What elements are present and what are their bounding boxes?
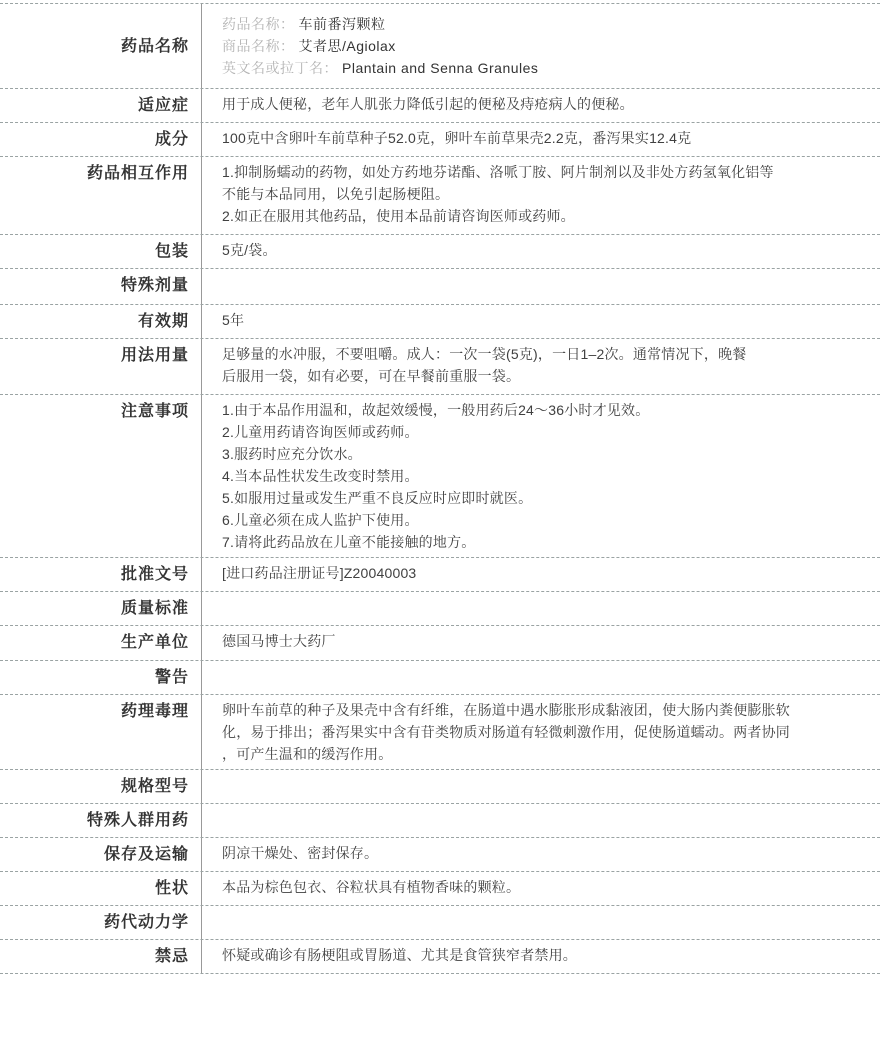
row-label-cell: 用法用量	[0, 339, 202, 394]
row-label: 包装	[155, 241, 189, 262]
table-row-drug-interactions: 药品相互作用 1.抑制肠蠕动的药物，如处方药地芬诺酯、洛哌丁胺、阿片制剂以及非处…	[0, 157, 880, 235]
table-row-drug-name: 药品名称 药品名称：车前番泻颗粒 商品名称：艾者思/Agiolax 英文名或拉丁…	[0, 4, 880, 89]
row-label: 用法用量	[121, 345, 189, 366]
trade-name-line: 商品名称：艾者思/Agiolax	[222, 35, 800, 57]
row-value	[202, 906, 880, 939]
row-label: 批准文号	[121, 564, 189, 585]
row-label: 保存及运输	[104, 844, 189, 865]
sub-value-drug-name: 车前番泻颗粒	[299, 16, 386, 32]
row-value: 5克/袋。	[202, 235, 880, 268]
sub-value-trade-name: 艾者思/Agiolax	[299, 38, 396, 54]
row-label: 生产单位	[121, 632, 189, 653]
row-value: 阴凉干燥处、密封保存。	[202, 838, 880, 871]
row-value	[202, 770, 880, 803]
row-label-cell: 注意事项	[0, 395, 202, 557]
table-row-storage-transport: 保存及运输 阴凉干燥处、密封保存。	[0, 838, 880, 872]
row-value: 怀疑或确诊有肠梗阻或胃肠道、尤其是食管狭窄者禁用。	[202, 940, 880, 973]
table-row-pharmacokinetics: 药代动力学	[0, 906, 880, 940]
row-label: 注意事项	[121, 401, 189, 422]
drug-name-line: 药品名称：车前番泻颗粒	[222, 13, 800, 35]
sub-label-drug-name: 药品名称：	[222, 16, 295, 32]
row-label-cell: 药理毒理	[0, 695, 202, 769]
table-row-manufacturer: 生产单位 德国马博士大药厂	[0, 626, 880, 661]
row-label-cell: 性状	[0, 872, 202, 905]
row-value	[202, 661, 880, 694]
row-label-cell: 禁忌	[0, 940, 202, 973]
table-row-ingredients: 成分 100克中含卵叶车前草种子52.0克，卵叶车前草果壳2.2克，番泻果实12…	[0, 123, 880, 157]
row-label: 质量标准	[121, 598, 189, 619]
row-value: 卵叶车前草的种子及果壳中含有纤维，在肠道中遇水膨胀形成黏液团，使大肠内粪便膨胀软…	[202, 695, 880, 769]
sub-label-trade-name: 商品名称：	[222, 38, 295, 54]
row-label-cell: 质量标准	[0, 592, 202, 625]
row-label: 特殊剂量	[121, 275, 189, 296]
row-value: 足够量的水冲服，不要咀嚼。成人：一次一袋(5克)，一日1–2次。通常情况下，晚餐…	[202, 339, 880, 394]
row-label: 禁忌	[155, 946, 189, 967]
table-row-quality-standard: 质量标准	[0, 592, 880, 626]
row-label: 警告	[155, 667, 189, 688]
drug-info-table: 药品名称 药品名称：车前番泻颗粒 商品名称：艾者思/Agiolax 英文名或拉丁…	[0, 3, 880, 974]
row-label: 性状	[155, 878, 189, 899]
row-label: 适应症	[138, 95, 189, 116]
row-label-cell: 药代动力学	[0, 906, 202, 939]
row-value: 1.由于本品作用温和，故起效缓慢，一般用药后24～36小时才见效。 2.儿童用药…	[202, 395, 880, 557]
row-label-cell: 药品相互作用	[0, 157, 202, 234]
table-row-indications: 适应症 用于成人便秘，老年人肌张力降低引起的便秘及痔疮病人的便秘。	[0, 89, 880, 123]
row-label: 药品相互作用	[87, 163, 189, 184]
table-row-properties: 性状 本品为棕色包衣、谷粒状具有植物香味的颗粒。	[0, 872, 880, 906]
row-value: 1.抑制肠蠕动的药物，如处方药地芬诺酯、洛哌丁胺、阿片制剂以及非处方药氢氧化铝等…	[202, 157, 880, 234]
table-row-pharmacology-toxicology: 药理毒理 卵叶车前草的种子及果壳中含有纤维，在肠道中遇水膨胀形成黏液团，使大肠内…	[0, 695, 880, 770]
row-label-cell: 保存及运输	[0, 838, 202, 871]
row-label-cell: 适应症	[0, 89, 202, 122]
row-label-cell: 药品名称	[0, 4, 202, 88]
row-value: 100克中含卵叶车前草种子52.0克，卵叶车前草果壳2.2克，番泻果实12.4克	[202, 123, 880, 156]
row-label-cell: 特殊人群用药	[0, 804, 202, 837]
row-value	[202, 804, 880, 837]
row-label-cell: 警告	[0, 661, 202, 694]
row-value	[202, 269, 880, 304]
row-label: 成分	[155, 129, 189, 150]
row-label: 药代动力学	[104, 912, 189, 933]
table-row-warning: 警告	[0, 661, 880, 695]
sub-value-latin-name: Plantain and Senna Granules	[342, 60, 538, 76]
row-label: 特殊人群用药	[87, 810, 189, 831]
row-value: 德国马博士大药厂	[202, 626, 880, 660]
table-row-contraindications: 禁忌 怀疑或确诊有肠梗阻或胃肠道、尤其是食管狭窄者禁用。	[0, 940, 880, 974]
row-value	[202, 592, 880, 625]
row-label-cell: 生产单位	[0, 626, 202, 660]
sub-label-latin-name: 英文名或拉丁名：	[222, 60, 338, 76]
row-label-cell: 有效期	[0, 305, 202, 338]
table-row-special-dosage: 特殊剂量	[0, 269, 880, 305]
table-row-approval-number: 批准文号 [进口药品注册证号]Z20040003	[0, 558, 880, 592]
row-value: 本品为棕色包衣、谷粒状具有植物香味的颗粒。	[202, 872, 880, 905]
row-value: [进口药品注册证号]Z20040003	[202, 558, 880, 591]
latin-name-line: 英文名或拉丁名：Plantain and Senna Granules	[222, 57, 800, 79]
row-value: 用于成人便秘，老年人肌张力降低引起的便秘及痔疮病人的便秘。	[202, 89, 880, 122]
row-value-cell: 药品名称：车前番泻颗粒 商品名称：艾者思/Agiolax 英文名或拉丁名：Pla…	[202, 4, 880, 88]
row-label: 规格型号	[121, 776, 189, 797]
row-label-cell: 特殊剂量	[0, 269, 202, 304]
table-row-dosage-usage: 用法用量 足够量的水冲服，不要咀嚼。成人：一次一袋(5克)，一日1–2次。通常情…	[0, 339, 880, 395]
table-row-shelf-life: 有效期 5年	[0, 305, 880, 339]
table-row-precautions: 注意事项 1.由于本品作用温和，故起效缓慢，一般用药后24～36小时才见效。 2…	[0, 395, 880, 558]
table-row-packaging: 包装 5克/袋。	[0, 235, 880, 269]
table-row-special-population: 特殊人群用药	[0, 804, 880, 838]
row-label: 药理毒理	[121, 701, 189, 722]
table-row-specification: 规格型号	[0, 770, 880, 804]
row-label: 药品名称	[121, 36, 189, 57]
row-label-cell: 规格型号	[0, 770, 202, 803]
row-label-cell: 成分	[0, 123, 202, 156]
row-label: 有效期	[138, 311, 189, 332]
row-label-cell: 批准文号	[0, 558, 202, 591]
row-value: 5年	[202, 305, 880, 338]
row-label-cell: 包装	[0, 235, 202, 268]
